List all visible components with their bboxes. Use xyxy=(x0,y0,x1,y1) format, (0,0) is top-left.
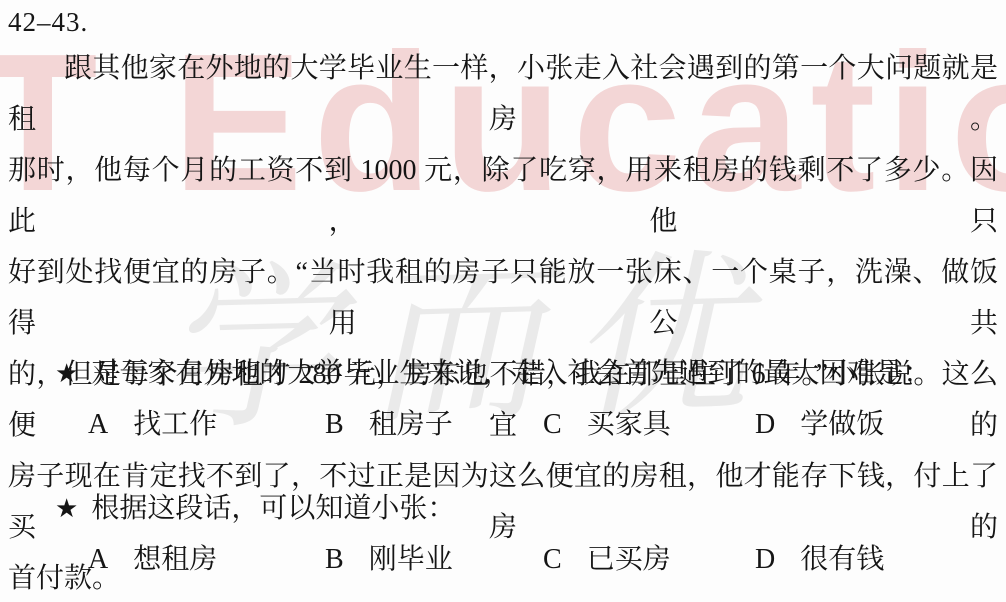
option-2a: A想租房 xyxy=(88,534,325,585)
option-2b-label: B xyxy=(325,534,344,585)
passage-line: 好到处找便宜的房子。“当时我租的房子只能放一张床、一个桌子，洗澡、做饭得用公共 xyxy=(8,247,998,349)
question-2-text: 根据这段话，可以知道小张： xyxy=(91,493,455,524)
document-page: T Education 学而优 42–43. 跟其他家在外地的大学毕业生一样，小… xyxy=(0,0,1006,602)
passage-line: 跟其他家在外地的大学毕业生一样，小张走入社会遇到的第一个大问题就是租房。 xyxy=(8,43,998,145)
option-1a: A找工作 xyxy=(88,399,325,450)
option-2a-label: A xyxy=(88,534,108,585)
option-1b-text: 租房子 xyxy=(369,409,453,440)
question-1-options: A找工作 B租房子 C买家具 D学做饭 xyxy=(8,399,998,450)
option-1c-label: C xyxy=(543,399,562,450)
option-2a-text: 想租房 xyxy=(133,544,217,575)
question-2-options: A想租房 B刚毕业 C已买房 D很有钱 xyxy=(8,534,998,585)
option-2d-label: D xyxy=(755,534,775,585)
option-1d-text: 学做饭 xyxy=(800,409,884,440)
option-1d-label: D xyxy=(755,399,775,450)
question-2: ★根据这段话，可以知道小张： xyxy=(8,483,998,534)
option-1a-label: A xyxy=(88,399,108,450)
option-1b-label: B xyxy=(325,399,344,450)
question-1-text: 对于家在外地的大学毕业生来说，走入社会首先遇到的最大困难是： xyxy=(91,358,931,389)
option-2c: C已买房 xyxy=(543,534,755,585)
option-2b-text: 刚毕业 xyxy=(369,544,453,575)
option-1b: B租房子 xyxy=(325,399,543,450)
star-icon: ★ xyxy=(55,483,78,534)
question-1: ★对于家在外地的大学毕业生来说，走入社会首先遇到的最大困难是： xyxy=(8,348,998,399)
option-2d: D很有钱 xyxy=(755,534,998,585)
option-1c: C买家具 xyxy=(543,399,755,450)
option-2b: B刚毕业 xyxy=(325,534,543,585)
option-1d: D学做饭 xyxy=(755,399,998,450)
option-1a-text: 找工作 xyxy=(133,409,217,440)
question-number-range: 42–43. xyxy=(8,7,88,38)
option-2d-text: 很有钱 xyxy=(800,544,884,575)
option-2c-label: C xyxy=(543,534,562,585)
option-2c-text: 已买房 xyxy=(587,544,671,575)
option-1c-text: 买家具 xyxy=(587,409,671,440)
star-icon: ★ xyxy=(55,348,78,399)
passage-line: 那时，他每个月的工资不到 1000 元，除了吃穿，用来租房的钱剩不了多少。因此，… xyxy=(8,145,998,247)
reading-exercise: 42–43. 跟其他家在外地的大学毕业生一样，小张走入社会遇到的第一个大问题就是… xyxy=(0,0,1006,602)
